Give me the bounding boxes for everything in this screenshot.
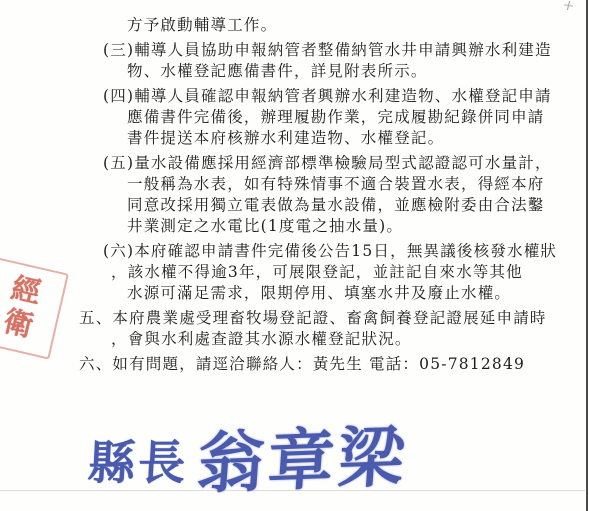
text-line: (四)輔導人員確認申報納管者興辦水利建造物、水權登記申請 <box>0 86 583 107</box>
text-line: 應備書件完備後，辦理履勘作業，完成履勘紀錄併同申請 <box>0 107 583 128</box>
text-line: 水源可滿足需求，限期停用、填塞水井及廢止水權。 <box>0 283 583 304</box>
text-line: 五、本府農業處受理畜牧場登記證、畜禽飼養登記證展延申請時 <box>0 308 583 329</box>
magistrate-signature-stamp: 縣長 翁章梁 <box>88 408 408 496</box>
signature-title: 縣長 <box>87 440 190 496</box>
text-line: 一般稱為水表，如有特殊情事不適合裝置水表，得經本府 <box>0 174 583 195</box>
scanned-document-page: 方予啟動輔導工作。 (三)輔導人員協助申報納管者整備納管水井申請興辦水利建造 物… <box>0 0 589 511</box>
document-text-block: 方予啟動輔導工作。 (三)輔導人員協助申報納管者整備納管水井申請興辦水利建造 物… <box>0 15 583 375</box>
text-line: 書件提送本府核辦水利建造物、水權登記。 <box>0 128 583 149</box>
text-line: ，會與水利處查證其水源水權登記狀況。 <box>0 329 583 350</box>
scan-scratch-mark <box>564 1 573 10</box>
text-line: 六、如有問題，請逕洽聯絡人：黃先生 電話：05-7812849 <box>0 354 583 375</box>
scan-fold-line <box>0 490 585 491</box>
text-line: 方予啟動輔導工作。 <box>0 15 583 36</box>
text-line: (六)本府確認申請書件完備後公告15日，無異議後核發水權狀 <box>0 241 583 262</box>
text-line: 井業測定之水電比(1度電之抽水量)。 <box>0 216 583 237</box>
text-line: (五)量水設備應採用經濟部標準檢驗局型式認證認可水量計， <box>0 153 583 174</box>
text-line: 物、水權登記應備書件，詳見附表所示。 <box>0 61 583 82</box>
scan-edge-line <box>586 0 588 511</box>
text-line: (三)輔導人員協助申報納管者整備納管水井申請興辦水利建造 <box>0 40 583 61</box>
signature-name: 翁章梁 <box>195 423 410 499</box>
text-line: 同意改採用獨立電表做為量水設備，並應檢附委由合法鑿 <box>0 195 583 216</box>
text-line: ，該水權不得逾3年，可展限登記，並註記自來水等其他 <box>0 262 583 283</box>
